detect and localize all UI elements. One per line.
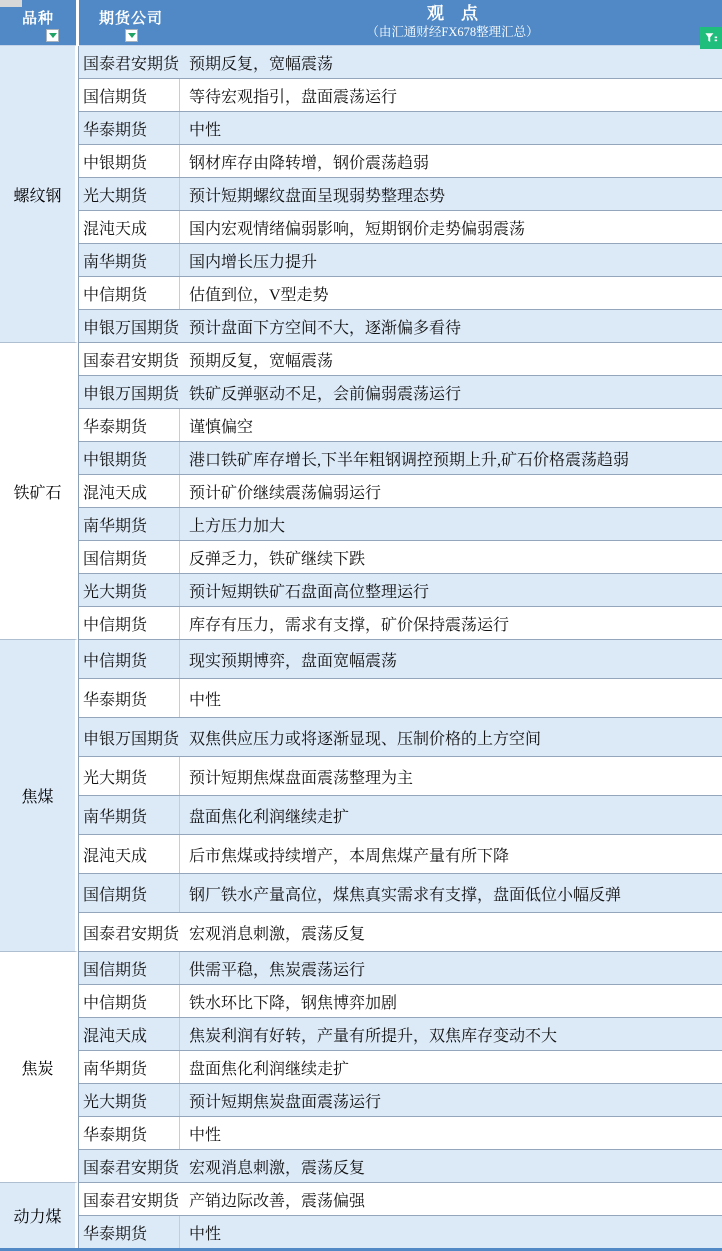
company-cell: 国泰君安期货: [79, 1150, 180, 1182]
opinion-row: 国信期货等待宏观指引，盘面震荡运行: [79, 79, 722, 112]
viewpoint-cell: 港口铁矿库存增长,下半年粗钢调控预期上升,矿石价格震荡趋弱: [180, 442, 722, 474]
company-filter-dropdown-button[interactable]: [125, 29, 138, 42]
opinion-row: 华泰期货中性: [79, 1216, 722, 1249]
company-cell: 国信期货: [79, 541, 180, 573]
variety-label: 铁矿石: [13, 480, 61, 503]
viewpoint-cell: 等待宏观指引，盘面震荡运行: [180, 79, 722, 111]
company-cell: 华泰期货: [79, 679, 180, 717]
company-cell: 国泰君安期货: [79, 913, 180, 951]
company-cell: 南华期货: [79, 244, 180, 276]
viewpoint-header-cell: 观 点 （由汇通财经FX678整理汇总）: [183, 3, 722, 41]
viewpoint-cell: 预计短期焦炭盘面震荡运行: [180, 1084, 722, 1116]
viewpoint-cell: 铁水环比下降，钢焦博弈加剧: [180, 985, 722, 1017]
company-cell: 国泰君安期货: [79, 1183, 180, 1215]
opinion-row: 申银万国期货双焦供应压力或将逐渐显现、压制价格的上方空间: [79, 718, 722, 757]
viewpoint-cell: 产销边际改善，震荡偏强: [180, 1183, 722, 1215]
opinion-row: 申银万国期货预计盘面下方空间不大，逐渐偏多看待: [79, 310, 722, 343]
viewpoint-cell: 预期反复，宽幅震荡: [180, 343, 722, 375]
opinion-row: 中信期货库存有压力，需求有支撑，矿价保持震荡运行: [79, 607, 722, 640]
viewpoint-filter-button[interactable]: [700, 27, 722, 49]
opinion-row: 国泰君安期货产销边际改善，震荡偏强: [79, 1183, 722, 1216]
opinion-row: 混沌天成后市焦煤或持续增产，本周焦煤产量有所下降: [79, 835, 722, 874]
variety-cell: 焦煤: [0, 640, 78, 952]
viewpoint-header-title: 观 点: [183, 3, 722, 24]
opinion-row: 光大期货预计短期焦煤盘面震荡整理为主: [79, 757, 722, 796]
company-cell: 南华期货: [79, 1051, 180, 1083]
opinion-row: 国信期货反弹乏力，铁矿继续下跌: [79, 541, 722, 574]
viewpoint-cell: 盘面焦化利润继续走扩: [180, 796, 722, 834]
viewpoint-cell: 国内增长压力提升: [180, 244, 722, 276]
viewpoint-cell: 中性: [180, 1216, 722, 1248]
opinion-row: 混沌天成预计矿价继续震荡偏弱运行: [79, 475, 722, 508]
filter-funnel-icon: [703, 30, 719, 46]
viewpoint-cell: 预期反复，宽幅震荡: [180, 46, 722, 78]
viewpoint-cell: 宏观消息刺激，震荡反复: [180, 1150, 722, 1182]
company-cell: 国信期货: [79, 952, 180, 984]
company-cell: 光大期货: [79, 178, 180, 210]
opinion-row: 南华期货上方压力加大: [79, 508, 722, 541]
opinion-row: 光大期货预计短期螺纹盘面呈现弱势整理态势: [79, 178, 722, 211]
opinion-row: 光大期货预计短期焦炭盘面震荡运行: [79, 1084, 722, 1117]
opinion-row: 中银期货港口铁矿库存增长,下半年粗钢调控预期上升,矿石价格震荡趋弱: [79, 442, 722, 475]
viewpoint-cell: 铁矿反弹驱动不足，会前偏弱震荡运行: [180, 376, 722, 408]
opinion-row: 国泰君安期货宏观消息刺激，震荡反复: [79, 913, 722, 952]
opinion-row: 华泰期货谨慎偏空: [79, 409, 722, 442]
variety-section: 动力煤国泰君安期货产销边际改善，震荡偏强华泰期货中性: [0, 1183, 722, 1249]
variety-cell: 动力煤: [0, 1183, 78, 1249]
opinion-row: 国泰君安期货预期反复，宽幅震荡: [79, 46, 722, 79]
viewpoint-cell: 钢材库存由降转增，钢价震荡趋弱: [180, 145, 722, 177]
viewpoint-cell: 现实预期博弈，盘面宽幅震荡: [180, 640, 722, 678]
company-cell: 南华期货: [79, 796, 180, 834]
company-cell: 国信期货: [79, 79, 180, 111]
company-cell: 中信期货: [79, 607, 180, 639]
variety-section: 螺纹钢国泰君安期货预期反复，宽幅震荡国信期货等待宏观指引，盘面震荡运行华泰期货中…: [0, 46, 722, 343]
variety-label: 焦炭: [21, 1056, 53, 1079]
viewpoint-header-subtitle: （由汇通财经FX678整理汇总）: [183, 24, 722, 41]
company-cell: 华泰期货: [79, 112, 180, 144]
company-cell: 中信期货: [79, 277, 180, 309]
table-body: 螺纹钢国泰君安期货预期反复，宽幅震荡国信期货等待宏观指引，盘面震荡运行华泰期货中…: [0, 46, 722, 1249]
company-cell: 混沌天成: [79, 211, 180, 243]
company-cell: 中信期货: [79, 640, 180, 678]
opinion-row: 国信期货供需平稳，焦炭震荡运行: [79, 952, 722, 985]
dropdown-arrow-icon: [128, 33, 136, 38]
viewpoint-cell: 钢厂铁水产量高位，煤焦真实需求有支撑，盘面低位小幅反弹: [180, 874, 722, 912]
viewpoint-cell: 双焦供应压力或将逐渐显现、压制价格的上方空间: [180, 718, 722, 756]
viewpoint-cell: 估值到位，V型走势: [180, 277, 722, 309]
company-cell: 华泰期货: [79, 1216, 180, 1248]
company-cell: 申银万国期货: [79, 376, 180, 408]
viewpoint-cell: 国内宏观情绪偏弱影响，短期钢价走势偏弱震荡: [180, 211, 722, 243]
viewpoint-cell: 宏观消息刺激，震荡反复: [180, 913, 722, 951]
opinion-row: 华泰期货中性: [79, 1117, 722, 1150]
variety-label: 焦煤: [21, 784, 53, 807]
opinion-row: 中信期货现实预期博弈，盘面宽幅震荡: [79, 640, 722, 679]
viewpoint-cell: 上方压力加大: [180, 508, 722, 540]
opinion-row: 中信期货铁水环比下降，钢焦博弈加剧: [79, 985, 722, 1018]
viewpoint-cell: 供需平稳，焦炭震荡运行: [180, 952, 722, 984]
viewpoint-cell: 预计短期铁矿石盘面高位整理运行: [180, 574, 722, 606]
opinion-row: 国信期货钢厂铁水产量高位，煤焦真实需求有支撑，盘面低位小幅反弹: [79, 874, 722, 913]
opinion-row: 光大期货预计短期铁矿石盘面高位整理运行: [79, 574, 722, 607]
company-cell: 光大期货: [79, 574, 180, 606]
variety-label: 动力煤: [13, 1204, 61, 1227]
viewpoint-cell: 焦炭利润有好转，产量有所提升，双焦库存变动不大: [180, 1018, 722, 1050]
viewpoint-cell: 预计短期螺纹盘面呈现弱势整理态势: [180, 178, 722, 210]
company-cell: 混沌天成: [79, 475, 180, 507]
viewpoint-cell: 谨慎偏空: [180, 409, 722, 441]
opinion-row: 南华期货盘面焦化利润继续走扩: [79, 1051, 722, 1084]
viewpoint-cell: 中性: [180, 679, 722, 717]
company-cell: 光大期货: [79, 1084, 180, 1116]
company-cell: 中银期货: [79, 442, 180, 474]
viewpoint-cell: 盘面焦化利润继续走扩: [180, 1051, 722, 1083]
viewpoint-cell: 库存有压力，需求有支撑，矿价保持震荡运行: [180, 607, 722, 639]
company-cell: 国泰君安期货: [79, 46, 180, 78]
opinion-row: 申银万国期货铁矿反弹驱动不足，会前偏弱震荡运行: [79, 376, 722, 409]
variety-header-cell: 品种: [0, 0, 76, 46]
company-cell: 华泰期货: [79, 1117, 180, 1149]
viewpoint-cell: 反弹乏力，铁矿继续下跌: [180, 541, 722, 573]
opinion-row: 混沌天成焦炭利润有好转，产量有所提升，双焦库存变动不大: [79, 1018, 722, 1051]
viewpoint-cell: 后市焦煤或持续增产，本周焦煤产量有所下降: [180, 835, 722, 873]
company-cell: 混沌天成: [79, 1018, 180, 1050]
opinion-row: 南华期货盘面焦化利润继续走扩: [79, 796, 722, 835]
company-cell: 国信期货: [79, 874, 180, 912]
table-header: 品种 期货公司 观 点 （由汇通财经FX678整理汇总）: [0, 0, 722, 46]
company-cell: 南华期货: [79, 508, 180, 540]
variety-label: 螺纹钢: [13, 183, 61, 206]
viewpoint-cell: 中性: [180, 112, 722, 144]
variety-cell: 螺纹钢: [0, 46, 78, 343]
variety-cell: 焦炭: [0, 952, 78, 1183]
company-cell: 中银期货: [79, 145, 180, 177]
variety-section: 焦煤中信期货现实预期博弈，盘面宽幅震荡华泰期货中性申银万国期货双焦供应压力或将逐…: [0, 640, 722, 952]
variety-filter-dropdown-button[interactable]: [46, 29, 59, 42]
opinion-row: 混沌天成国内宏观情绪偏弱影响，短期钢价走势偏弱震荡: [79, 211, 722, 244]
futures-opinions-sheet: 品种 期货公司 观 点 （由汇通财经FX678整理汇总） 螺纹钢国泰君安期货预期…: [0, 0, 722, 1251]
company-cell: 光大期货: [79, 757, 180, 795]
viewpoint-cell: 预计矿价继续震荡偏弱运行: [180, 475, 722, 507]
opinion-row: 中银期货钢材库存由降转增，钢价震荡趋弱: [79, 145, 722, 178]
opinion-row: 中信期货估值到位，V型走势: [79, 277, 722, 310]
variety-cell: 铁矿石: [0, 343, 78, 640]
opinion-row: 国泰君安期货预期反复，宽幅震荡: [79, 343, 722, 376]
company-cell: 华泰期货: [79, 409, 180, 441]
company-cell: 申银万国期货: [79, 718, 180, 756]
variety-section: 焦炭国信期货供需平稳，焦炭震荡运行中信期货铁水环比下降，钢焦博弈加剧混沌天成焦炭…: [0, 952, 722, 1183]
opinion-row: 国泰君安期货宏观消息刺激，震荡反复: [79, 1150, 722, 1183]
viewpoint-cell: 预计盘面下方空间不大，逐渐偏多看待: [180, 310, 722, 342]
variety-section: 铁矿石国泰君安期货预期反复，宽幅震荡申银万国期货铁矿反弹驱动不足，会前偏弱震荡运…: [0, 343, 722, 640]
company-cell: 申银万国期货: [79, 310, 180, 342]
opinion-row: 华泰期货中性: [79, 112, 722, 145]
opinion-row: 华泰期货中性: [79, 679, 722, 718]
opinion-row: 南华期货国内增长压力提升: [79, 244, 722, 277]
dropdown-arrow-icon: [49, 33, 57, 38]
viewpoint-cell: 中性: [180, 1117, 722, 1149]
company-cell: 混沌天成: [79, 835, 180, 873]
viewpoint-cell: 预计短期焦煤盘面震荡整理为主: [180, 757, 722, 795]
company-cell: 国泰君安期货: [79, 343, 180, 375]
company-cell: 中信期货: [79, 985, 180, 1017]
